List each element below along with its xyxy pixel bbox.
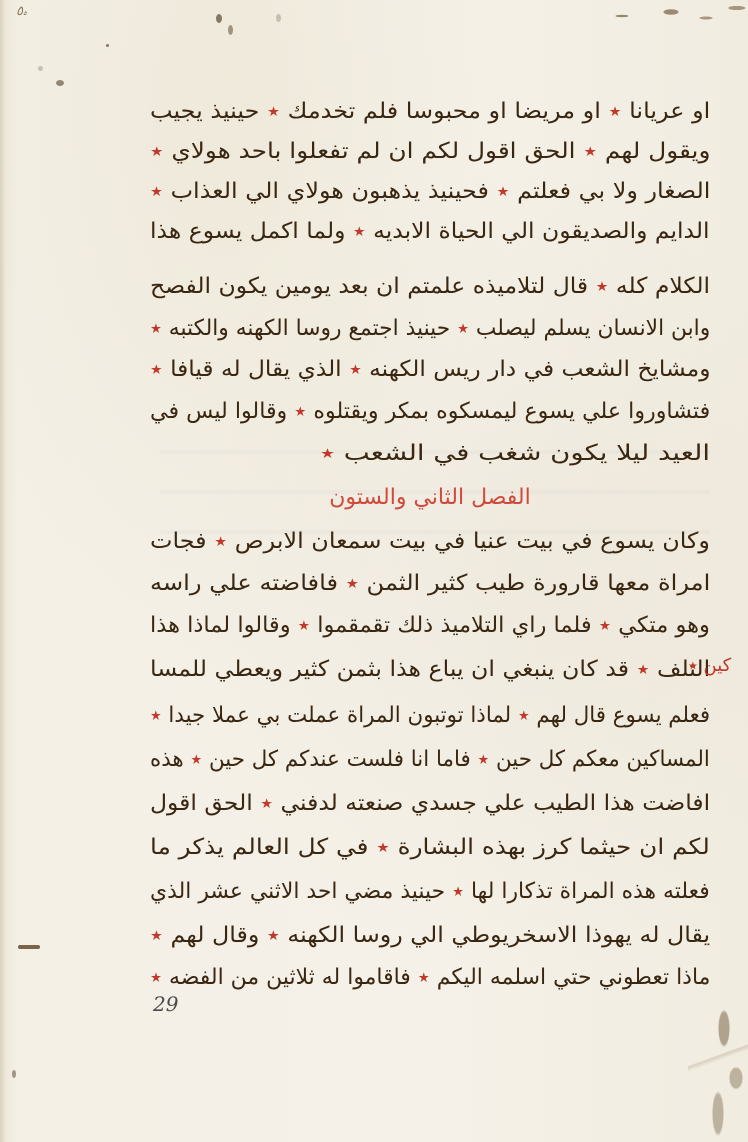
rubric-mark: ٭ [149,357,162,382]
text-line: فعلم يسوع قال لهم ٭ لماذا توتبون المراة … [150,696,710,736]
rubric-mark: ٭ [267,923,280,948]
text-line: ويقول لهم ٭ الحق اقول لكم ان لم تفعلوا ب… [150,132,710,172]
folio-number: 29 [153,992,178,1016]
rubric-mark: ٭ [260,791,273,816]
rubric-mark: ٭ [294,399,306,424]
top-corner-mark: ﮦ٥ [16,4,27,19]
rubric-mark: ٭ [457,316,469,341]
text-line: ماذا تعطوني حتي اسلمه اليكم ٭ فاقاموا له… [150,958,710,998]
text-line: او عريانا ٭ او مريضا او محبوسا فلم تخدمك… [150,92,710,132]
text-line: ومشايخ الشعب في دار ريس الكهنه ٭ الذي يق… [149,350,710,390]
wormhole [276,14,281,22]
rubric-mark: ٭ [636,657,649,682]
rubric-mark: ٭ [267,99,280,124]
text-line: الدايم والصديقون الي الحياة الابديه ٭ ول… [150,212,710,252]
rubric-mark: ٭ [320,441,335,466]
rubric-mark: ٭ [518,703,530,728]
rubric-mark: ٭ [191,747,203,772]
rubric-mark: ٭ [596,274,609,299]
rubric-mark: ٭ [452,879,464,904]
text-line: امراة معها قارورة طيب كثير الثمن ٭ فافاض… [150,564,710,604]
text-line: العيد ليلا يكون شغب في الشعب ٭ [320,434,710,474]
rubric-mark: ٭ [150,179,163,204]
text-line: الصغار ولا بي فعلتم ٭ فحينيذ يذهبون هولا… [150,172,710,212]
wormhole [216,14,222,23]
text-line: الكلام كله ٭ قال لتلاميذه علمتم ان بعد ي… [150,267,710,307]
damage-bottom-right [688,1000,748,1142]
rubric-mark: ٭ [214,529,227,554]
rubric-mark: ٭ [608,99,621,124]
rubric-mark: ٭ [298,613,310,638]
text-line: يقال له يهوذا الاسخريوطي الي روسا الكهنه… [150,916,710,956]
rubric-mark: ٭ [599,613,611,638]
ink-dot [106,44,109,47]
rubric-mark: ٭ [150,316,162,341]
rubric-mark: ٭ [349,357,362,382]
wormhole [228,25,233,35]
rubric-mark: ٭ [345,571,358,596]
text-line: وهو متكي ٭ فلما راي التلاميذ ذلك تقمقموا… [150,606,710,646]
text-line: فعلته هذه المراة تذكارا لها ٭ حينيذ مضي … [150,872,710,912]
chapter-heading: الفصل الثاني والستون [150,478,710,518]
rubric-mark: ٭ [377,835,390,860]
text-line: وابن الانسان يسلم ليصلب ٭ حينيذ اجتمع رو… [150,309,710,349]
rubric-mark: ٭ [150,703,162,728]
rubric-mark: ٭ [583,139,597,164]
rubric-mark: ٭ [417,965,429,990]
text-line: التلف ٭ قد كان ينبغي ان يباع هذا بثمن كث… [150,650,710,690]
page-left-edge [0,0,6,1142]
rubric-mark: ٭ [150,923,163,948]
rubric-mark: ٭ [353,219,366,244]
text-line: لكم ان حيثما كرز بهذه البشارة ٭ في كل ال… [150,828,710,868]
text-line: المساكين معكم كل حين ٭ فاما انا فلست عند… [150,740,710,780]
wormhole [38,66,43,71]
marginal-note: كين ٭ [688,655,731,676]
rubric-mark: ٭ [150,139,164,164]
margin-dash [18,945,40,949]
manuscript-page: ﮦ٥ او عريانا ٭ او مريضا او محبوسا فلم تخ… [0,0,748,1142]
rubric-mark: ٭ [478,747,490,772]
text-line: فتشاوروا علي يسوع ليمسكوه بمكر ويقتلوه ٭… [150,392,710,432]
text-line: وكان يسوع في بيت عنيا في بيت سمعان الابر… [150,522,710,562]
damage-top-right [608,0,748,40]
wormhole [56,80,64,86]
wormhole [12,1070,16,1078]
rubric-mark: ٭ [150,965,162,990]
text-line: افاضت هذا الطيب علي جسدي صنعته لدفني ٭ ا… [150,784,710,824]
rubric-mark: ٭ [496,179,509,204]
